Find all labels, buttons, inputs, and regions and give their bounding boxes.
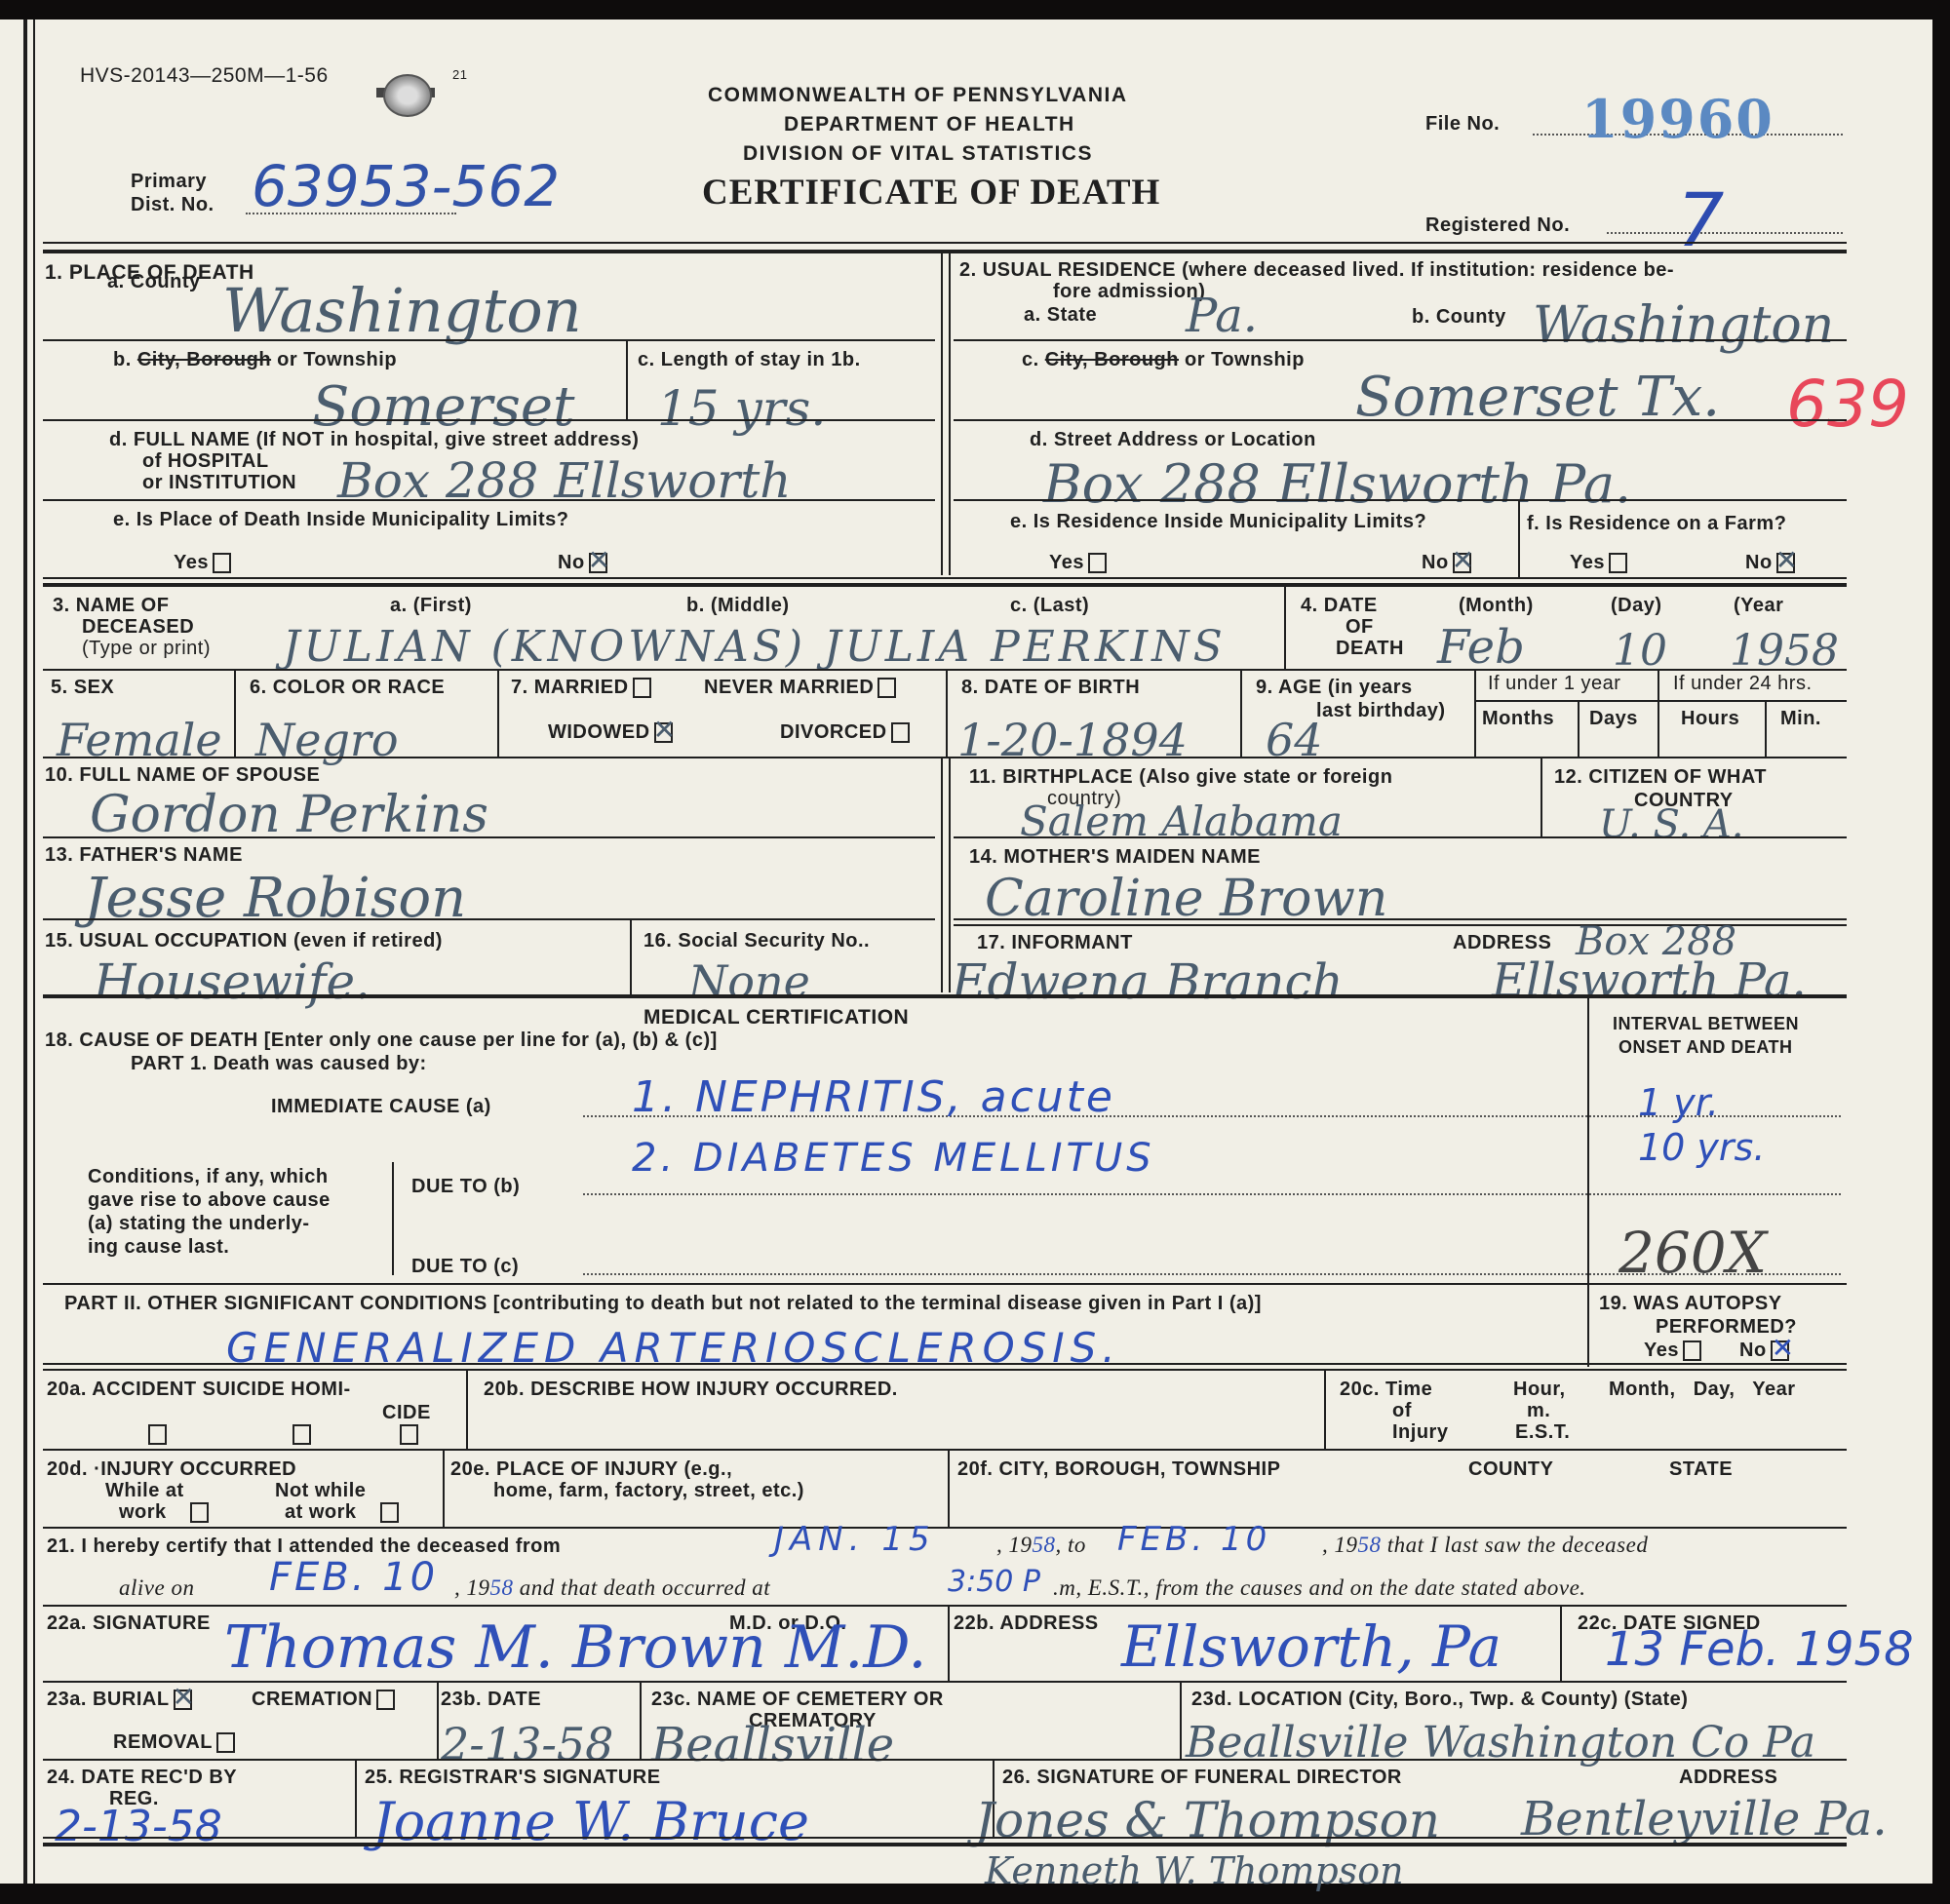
interval-a-value: 1 yr. <box>1638 1084 1719 1121</box>
checkbox-no-checked[interactable] <box>589 553 607 573</box>
interval-label-2: ONSET AND DEATH <box>1618 1037 1793 1058</box>
divider <box>1540 758 1542 838</box>
divider <box>1765 700 1767 757</box>
certify-line-2-end: .m, E.S.T., from the causes and on the d… <box>1053 1575 1586 1601</box>
township-label: b. City, Borough or Township <box>113 349 397 371</box>
left-border <box>23 19 27 1884</box>
divider <box>1474 671 1476 757</box>
autopsy-label-1: 19. WAS AUTOPSY <box>1599 1293 1782 1315</box>
injury-county-label: COUNTY <box>1468 1458 1553 1481</box>
married-option[interactable]: 7. MARRIED <box>511 677 651 699</box>
rule <box>43 1681 1847 1683</box>
not-while-option[interactable]: at work <box>285 1501 399 1524</box>
red-annotation: 639 <box>1786 367 1909 442</box>
informant-label: 17. INFORMANT <box>977 932 1133 954</box>
residence-state-label: a. State <box>1024 304 1097 327</box>
name-label-1: 3. NAME OF <box>53 595 169 617</box>
rule <box>43 1449 1847 1451</box>
residence-heading-1: 2. USUAL RESIDENCE (where deceased lived… <box>959 259 1674 282</box>
rule <box>43 1759 1847 1761</box>
printer-union-seal-icon <box>383 74 432 117</box>
residence-street-label: d. Street Address or Location <box>1030 429 1316 451</box>
dod-year-label: (Year <box>1734 595 1783 617</box>
while-at-work-label-1: While at <box>105 1480 184 1502</box>
divider <box>443 1451 445 1529</box>
primary-dist-value: 63953-562 <box>252 158 560 214</box>
file-no-label: File No. <box>1425 113 1500 136</box>
residence-county-value: Washington <box>1533 300 1834 351</box>
registered-no-value: 7 <box>1677 183 1724 257</box>
header-rule-thick <box>43 250 1847 253</box>
checkbox-yes[interactable] <box>213 553 231 573</box>
left-border-inner <box>33 19 35 1884</box>
death-limits-no[interactable]: No <box>558 552 607 574</box>
residence-township-label: c. City, Borough or Township <box>1022 349 1305 371</box>
agency-line-3: DIVISION OF VITAL STATISTICS <box>743 142 1093 166</box>
conditions-label-4: ing cause last. <box>88 1236 229 1259</box>
death-certificate: HVS-20143—250M—1-56 21 COMMONWEALTH OF P… <box>0 19 1932 1884</box>
cremation-option[interactable]: CREMATION <box>252 1689 395 1711</box>
divider <box>948 1607 950 1681</box>
checkbox-married[interactable] <box>633 678 651 698</box>
physician-address-label: 22b. ADDRESS <box>954 1613 1099 1635</box>
rule-thick <box>43 1843 1847 1846</box>
min-label: Min. <box>1780 708 1821 730</box>
age-label-2: last birthday) <box>1316 700 1446 722</box>
attended-from-date: JAN. 15 <box>774 1523 936 1556</box>
rule <box>43 499 935 501</box>
rule <box>954 419 1847 421</box>
medical-section-title: MEDICAL CERTIFICATION <box>643 1006 909 1030</box>
rule <box>954 499 1847 501</box>
informant-address-label: ADDRESS <box>1453 932 1551 954</box>
checkbox-while-at-work[interactable] <box>190 1502 209 1523</box>
checkbox-divorced[interactable] <box>891 722 910 743</box>
age-label-1: 9. AGE (in years <box>1256 677 1413 699</box>
interval-label-1: INTERVAL BETWEEN <box>1613 1014 1799 1034</box>
disposition-date-label: 23b. DATE <box>441 1689 541 1711</box>
divorced-option[interactable]: DIVORCED <box>780 721 910 744</box>
homicide-checkbox[interactable] <box>396 1423 418 1446</box>
suicide-checkbox[interactable] <box>289 1423 311 1446</box>
dod-year-value: 1958 <box>1730 630 1839 673</box>
certify-line-1-mid: , 1958, to <box>996 1533 1086 1558</box>
checkbox-suicide[interactable] <box>292 1424 311 1445</box>
funeral-director-label: 26. SIGNATURE OF FUNERAL DIRECTOR <box>1002 1767 1402 1789</box>
dod-day-value: 10 <box>1613 630 1667 673</box>
divider <box>1560 1607 1562 1681</box>
death-county-value: Washington <box>222 281 582 341</box>
divider <box>1180 1683 1182 1761</box>
primary-dist-label-1: Primary <box>131 171 207 193</box>
death-limits-label: e. Is Place of Death Inside Municipality… <box>113 509 568 531</box>
code-value: 260X <box>1618 1224 1767 1281</box>
time-label-2: of <box>1392 1400 1412 1422</box>
rule <box>43 669 1847 671</box>
date-signed-value: 13 Feb. 1958 <box>1605 1626 1914 1673</box>
mother-label: 14. MOTHER'S MAIDEN NAME <box>969 846 1261 869</box>
ssn-label: 16. Social Security No.. <box>643 930 870 952</box>
last-name-label: c. (Last) <box>1010 595 1089 617</box>
physician-signature: Thomas M. Brown M.D. <box>224 1618 926 1677</box>
dod-month-value: Feb <box>1437 624 1525 671</box>
dod-label-3: DEATH <box>1336 638 1404 660</box>
cause-label: 18. CAUSE OF DEATH [Enter only one cause… <box>45 1030 718 1052</box>
autopsy-no[interactable]: No <box>1739 1340 1789 1362</box>
hour-label-3: E.S.T. <box>1515 1421 1570 1444</box>
farm-yes[interactable]: Yes <box>1570 552 1627 574</box>
hospital-label-1: d. FULL NAME (If NOT in hospital, give s… <box>109 429 639 451</box>
dob-label: 8. DATE OF BIRTH <box>961 677 1140 699</box>
interval-b-value: 10 yrs. <box>1638 1129 1765 1166</box>
due-to-b-line <box>583 1193 1841 1195</box>
registrar-signature: Joanne W. Bruce <box>372 1796 809 1848</box>
residence-heading-2: fore admission) <box>1053 281 1205 303</box>
certify-line-1-end: , 1958 that I last saw the deceased <box>1322 1533 1648 1558</box>
date-recd-label-1: 24. DATE REC'D BY <box>47 1767 237 1789</box>
header-rule <box>43 242 1847 244</box>
rule <box>43 757 1847 758</box>
place-of-injury-label-1: 20e. PLACE OF INJURY (e.g., <box>450 1458 732 1481</box>
divider <box>1657 671 1659 757</box>
under-24hrs-label: If under 24 hrs. <box>1673 673 1813 695</box>
under-1yr-label: If under 1 year <box>1488 673 1620 695</box>
brace <box>392 1162 394 1275</box>
divider <box>1587 998 1589 1367</box>
form-code: HVS-20143—250M—1-56 <box>80 64 329 88</box>
father-label: 13. FATHER'S NAME <box>45 844 243 867</box>
spouse-value: Gordon Perkins <box>90 790 488 840</box>
agency-line-1: COMMONWEALTH OF PENNSYLVANIA <box>708 84 1127 107</box>
hospital-label-2: of HOSPITAL <box>142 450 269 473</box>
checkbox-no-checked[interactable] <box>1771 1341 1789 1361</box>
rule <box>43 836 935 838</box>
checkbox-not-while-at-work[interactable] <box>380 1502 399 1523</box>
conditions-label-2: gave rise to above cause <box>88 1189 331 1212</box>
deceased-name-value: JULIAN (KNOWNAS) JULIA PERKINS <box>283 626 1227 669</box>
rule-thick <box>43 583 1847 587</box>
certificate-title: CERTIFICATE OF DEATH <box>702 173 1160 214</box>
rule <box>43 918 935 920</box>
divider <box>948 1451 950 1529</box>
farm-no[interactable]: No <box>1745 552 1795 574</box>
seal-number: 21 <box>452 68 467 83</box>
divider <box>630 920 632 994</box>
attended-to-date: FEB. 10 <box>1117 1523 1270 1556</box>
rule <box>1474 700 1847 702</box>
last-seen-date: FEB. 10 <box>269 1558 438 1597</box>
checkbox-removal[interactable] <box>216 1732 235 1753</box>
hour-label-2: m. <box>1527 1400 1550 1422</box>
rule <box>43 1363 1847 1365</box>
immediate-cause-value: 1. NEPHRITIS, acute <box>632 1076 1115 1119</box>
middle-name-label: b. (Middle) <box>686 595 789 617</box>
citizen-value: U. S. A. <box>1599 805 1743 844</box>
dod-label-2: OF <box>1345 616 1374 639</box>
residence-county-label: b. County <box>1412 306 1506 329</box>
rule-thick <box>43 994 1847 998</box>
checkbox-widowed-checked[interactable] <box>654 722 673 743</box>
hospital-value: Box 288 Ellsworth <box>337 456 792 505</box>
divider <box>1324 1371 1326 1449</box>
dod-day-label: (Day) <box>1611 595 1662 617</box>
residence-limits-no[interactable]: No <box>1422 552 1471 574</box>
rule <box>43 339 935 341</box>
checkbox-cremation[interactable] <box>376 1690 395 1710</box>
location-label: 23d. LOCATION (City, Boro., Twp. & Count… <box>1191 1689 1688 1711</box>
death-limits-yes[interactable]: Yes <box>174 552 231 574</box>
divider <box>1284 587 1286 671</box>
hours-label: Hours <box>1681 708 1739 730</box>
divider <box>466 1371 468 1449</box>
funeral-signer: Kenneth W. Thompson <box>985 1852 1404 1889</box>
file-no-stamp: 19960 <box>1581 88 1774 150</box>
occupation-label: 15. USUAL OCCUPATION (even if retired) <box>45 930 443 952</box>
cemetery-label-1: 23c. NAME OF CEMETERY OR <box>651 1689 944 1711</box>
checkbox-yes[interactable] <box>1609 553 1627 573</box>
injury-type-label-1: 20a. ACCIDENT SUICIDE HOMI- <box>47 1379 351 1401</box>
divider <box>949 253 951 575</box>
registered-no-label: Registered No. <box>1425 214 1570 237</box>
residence-township-value: Somerset Tx. <box>1355 370 1720 425</box>
certify-line-2-mid: , 1958 and that death occurred at <box>454 1575 770 1601</box>
checkbox-never-married[interactable] <box>877 678 896 698</box>
rule <box>43 1527 1847 1529</box>
death-township-value: Somerset <box>312 380 574 435</box>
rule <box>954 339 1847 341</box>
month-day-year-label: Month, Day, Year <box>1609 1379 1796 1401</box>
divider <box>941 253 943 575</box>
informant-value: Edwena Branch <box>952 957 1344 1006</box>
part1-label: PART 1. Death was caused by: <box>131 1053 427 1075</box>
injury-occurred-label: 20d. ·INJURY OCCURRED <box>47 1458 296 1481</box>
hour-label-1: Hour, <box>1513 1379 1566 1401</box>
alive-on-label: alive on <box>119 1575 194 1601</box>
divider <box>234 671 236 757</box>
due-to-b-value: 2. DIABETES MELLITUS <box>632 1139 1155 1178</box>
county-label: a. County <box>107 271 201 293</box>
checkbox-homicide[interactable] <box>400 1424 418 1445</box>
length-of-stay-value: 15 yrs. <box>657 384 826 433</box>
registered-no-line <box>1607 232 1843 234</box>
residence-limits-label: e. Is Residence Inside Municipality Limi… <box>1010 511 1426 533</box>
hospital-label-3: or INSTITUTION <box>142 472 296 494</box>
funeral-address-value: Bentleyville Pa. <box>1521 1796 1888 1843</box>
residence-street-value: Box 288 Ellsworth Pa. <box>1043 458 1631 511</box>
signature-label: 22a. SIGNATURE <box>47 1613 211 1635</box>
time-label-1: 20c. Time <box>1340 1379 1432 1401</box>
divider <box>626 341 628 419</box>
place-of-injury-label-2: home, farm, factory, street, etc.) <box>493 1480 804 1502</box>
time-label-3: Injury <box>1392 1421 1448 1444</box>
divider <box>355 1761 357 1839</box>
mother-value: Caroline Brown <box>985 874 1387 924</box>
part2-label: PART II. OTHER SIGNIFICANT CONDITIONS [c… <box>64 1293 1262 1315</box>
divider <box>1578 700 1579 757</box>
funeral-address-label: ADDRESS <box>1679 1767 1777 1789</box>
residence-state-value: Pa. <box>1186 292 1258 339</box>
residence-limits-yes[interactable]: Yes <box>1049 552 1107 574</box>
cemetery-value: Beallsville <box>651 1722 894 1768</box>
name-label-3: (Type or print) <box>82 638 211 660</box>
divider <box>946 671 948 757</box>
spouse-label: 10. FULL NAME OF SPOUSE <box>45 764 320 787</box>
injury-city-label: 20f. CITY, BOROUGH, TOWNSHIP <box>957 1458 1280 1481</box>
occupation-value: Housewife. <box>94 957 370 1006</box>
sex-label: 5. SEX <box>51 677 114 699</box>
rule <box>43 1605 1847 1607</box>
injury-state-label: STATE <box>1669 1458 1733 1481</box>
rule <box>43 1369 1847 1371</box>
divider <box>1240 671 1242 757</box>
dod-month-label: (Month) <box>1459 595 1534 617</box>
checkbox-yes[interactable] <box>1088 553 1107 573</box>
divider <box>941 758 943 992</box>
checkbox-no-checked[interactable] <box>1453 553 1471 573</box>
first-name-label: a. (First) <box>390 595 472 617</box>
removal-option[interactable]: REMOVAL <box>113 1731 235 1754</box>
describe-injury-label: 20b. DESCRIBE HOW INJURY OCCURRED. <box>484 1379 898 1401</box>
divider <box>640 1683 642 1761</box>
registrar-label: 25. REGISTRAR'S SIGNATURE <box>365 1767 661 1789</box>
conditions-label-1: Conditions, if any, which <box>88 1166 329 1188</box>
divider <box>497 671 499 757</box>
autopsy-yes[interactable]: Yes <box>1644 1340 1701 1362</box>
immediate-cause-label: IMMEDIATE CAUSE (a) <box>271 1096 491 1118</box>
widowed-option[interactable]: WIDOWED <box>548 721 673 744</box>
rule <box>43 577 1847 579</box>
checkbox-no-checked[interactable] <box>1776 553 1795 573</box>
accident-checkbox[interactable] <box>144 1423 167 1446</box>
citizen-label-1: 12. CITIZEN OF WHAT <box>1554 766 1767 789</box>
checkbox-yes[interactable] <box>1683 1341 1701 1361</box>
death-time: 3:50 P <box>948 1568 1040 1597</box>
months-label: Months <box>1482 708 1554 730</box>
rule <box>43 1837 1847 1839</box>
conditions-label-3: (a) stating the underly- <box>88 1213 310 1235</box>
not-while-label-1: Not while <box>275 1480 366 1502</box>
burial-option[interactable]: 23a. BURIAL <box>47 1689 192 1711</box>
due-to-c-label: DUE TO (c) <box>411 1256 519 1278</box>
dod-label-1: 4. DATE <box>1301 595 1378 617</box>
while-at-work-option[interactable]: work <box>119 1501 209 1524</box>
agency-line-2: DEPARTMENT OF HEALTH <box>784 113 1075 136</box>
divider <box>1518 501 1520 577</box>
rule <box>43 419 935 421</box>
never-married-option[interactable]: NEVER MARRIED <box>704 677 896 699</box>
checkbox-burial-checked[interactable] <box>174 1690 192 1710</box>
divider <box>437 1683 439 1761</box>
race-label: 6. COLOR OR RACE <box>250 677 445 699</box>
rule <box>954 836 1847 838</box>
rule <box>43 1283 1847 1285</box>
due-to-b-label: DUE TO (b) <box>411 1176 520 1198</box>
checkbox-accident[interactable] <box>148 1424 167 1445</box>
injury-type-label-2: CIDE <box>382 1402 431 1424</box>
birthplace-label-1: 11. BIRTHPLACE (Also give state or forei… <box>969 766 1392 789</box>
primary-dist-label-2: Dist. No. <box>131 194 214 216</box>
physician-address-value: Ellsworth, Pa <box>1121 1618 1501 1675</box>
name-label-2: DECEASED <box>82 616 194 639</box>
days-label: Days <box>1589 708 1638 730</box>
farm-label: f. Is Residence on a Farm? <box>1527 513 1786 535</box>
length-of-stay-label: c. Length of stay in 1b. <box>638 349 861 371</box>
divider <box>949 758 951 992</box>
